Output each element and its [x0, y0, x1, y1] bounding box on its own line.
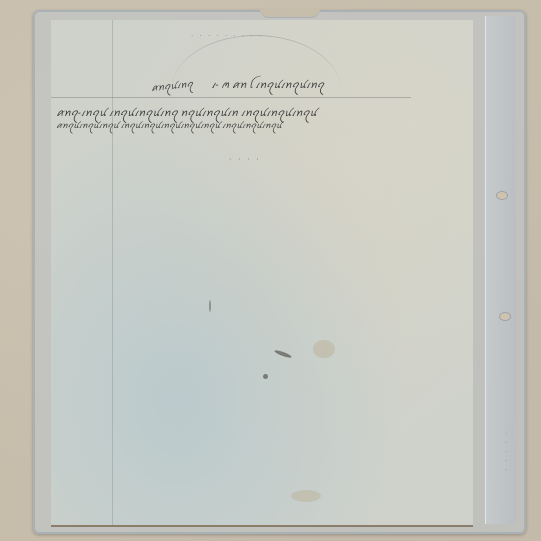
punch-hole [496, 191, 508, 200]
sleeve-edge-text: · · · · · [498, 432, 510, 473]
ink-smudge [274, 349, 292, 359]
handwriting-line: ꪁꪀꪖꪙꪹꪀꪖꪙꪹꪀꪖꪙ ꪹꪀꪖꪙꪹꪀꪖꪙꪹꪀꪖꪙꪹꪀꪖꪙꪹꪀꪖꪙ ꪹꪀꪖꪙꪹꪀ… [56, 118, 471, 135]
document-paper: · · · · · · · · · ꪁꪀꪖꪙꪹꪀꪖ ꪹ- ꪔ ꪁꪀ ꪶ ꪹꪀꪖꪙ… [51, 20, 473, 527]
margin-line [112, 20, 113, 525]
paper-stain [313, 340, 335, 358]
ink-mark [209, 300, 211, 312]
handwriting-line: ꪹ- ꪔ ꪁꪀ ꪶ ꪹꪀꪖꪙꪹꪀꪖꪙꪹꪀꪖ [211, 75, 324, 96]
sleeve-notch [260, 9, 320, 18]
punch-hole [499, 312, 511, 321]
paper-stain [291, 490, 321, 502]
faint-mark: · · · · [229, 155, 261, 164]
faint-header-text: · · · · · · · · · [191, 32, 263, 40]
ink-dot [263, 374, 268, 379]
